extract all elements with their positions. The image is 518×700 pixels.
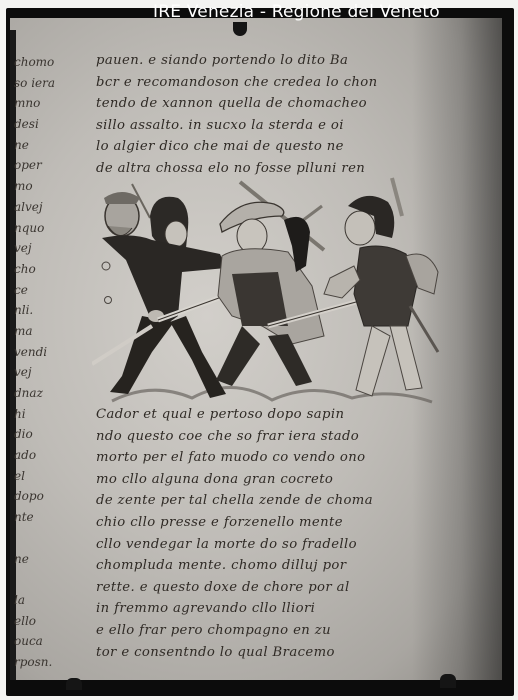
margin-note: desi: [14, 114, 64, 135]
margin-note: [14, 569, 64, 590]
margin-note: mo: [14, 176, 64, 197]
text-line: chio cllo presse e forzenello mente: [96, 512, 436, 534]
margin-note: ne: [14, 135, 64, 156]
margin-note: dio: [14, 424, 64, 445]
margin-note: ma: [14, 321, 64, 342]
text-line: cllo vendegar la morte do so fradello: [96, 534, 436, 556]
fight-scene-drawing: [92, 176, 452, 414]
margin-note: ce: [14, 280, 64, 301]
margin-note: nli.: [14, 300, 64, 321]
margin-note: [14, 528, 64, 549]
margin-note: dnaz: [14, 383, 64, 404]
text-line: bcr e recomandoson che credea lo chon: [96, 72, 436, 94]
margin-note: nquo: [14, 218, 64, 239]
text-line: morto per el fato muodo co vendo ono: [96, 447, 436, 469]
margin-note: nte: [14, 507, 64, 528]
text-line: e ello frar pero chompagno en zu: [96, 620, 436, 642]
bearded-man-figure: [104, 192, 140, 236]
text-line: tendo de xannon quella de chomacheo: [96, 93, 436, 115]
text-line: de zente per tal chella zende de choma: [96, 490, 436, 512]
margin-notes: chomo so iera mno desi ne oper mo alvej …: [14, 52, 64, 673]
margin-note: ne: [14, 549, 64, 570]
armored-soldier-figure: [324, 196, 438, 396]
margin-note: chomo: [14, 52, 64, 73]
margin-note: vej: [14, 238, 64, 259]
margin-note: rposn.: [14, 652, 64, 673]
watermark-caption: IRE Venezia - Regione del Veneto: [153, 2, 440, 22]
text-line: mo cllo alguna dona gran cocreto: [96, 469, 436, 491]
text-line: sillo assalto. in sucxo la sterda e oi: [96, 115, 436, 137]
margin-note: vej: [14, 362, 64, 383]
text-line: de altra chossa elo no fosse plluni ren: [96, 158, 436, 180]
margin-note: hi: [14, 404, 64, 425]
manuscript-illustration: [92, 176, 452, 414]
margin-note: dopo: [14, 486, 64, 507]
mount-tab-bottom-left: [66, 678, 82, 690]
text-line: rette. e questo doxe de chore por al: [96, 577, 436, 599]
margin-note: so iera: [14, 73, 64, 94]
margin-note: vendi: [14, 342, 64, 363]
margin-note: cho: [14, 259, 64, 280]
margin-note: mno: [14, 93, 64, 114]
text-line: Cador et qual e pertoso dopo sapin: [96, 404, 436, 426]
margin-note: el: [14, 466, 64, 487]
margin-note: ello: [14, 611, 64, 632]
text-line: in fremmo agrevando cllo lliori: [96, 598, 436, 620]
margin-note: ado: [14, 445, 64, 466]
mount-tab-top: [233, 22, 247, 36]
manuscript-text-top: pauen. e siando portendo lo dito Ba bcr …: [96, 50, 436, 180]
margin-note: alvej: [14, 197, 64, 218]
margin-note: oper: [14, 155, 64, 176]
text-line: pauen. e siando portendo lo dito Ba: [96, 50, 436, 72]
text-line: ndo questo coe che so frar iera stado: [96, 426, 436, 448]
margin-note: ouca: [14, 631, 64, 652]
mount-tab-bottom-right: [440, 674, 456, 688]
text-line: tor e consentndo lo qual Bracemo: [96, 642, 436, 664]
text-line: chompluda mente. chomo dilluj por: [96, 555, 436, 577]
text-line: lo algier dico che mai de questo ne: [96, 136, 436, 158]
margin-note: la: [14, 590, 64, 611]
manuscript-text-bottom: Cador et qual e pertoso dopo sapin ndo q…: [96, 404, 436, 663]
